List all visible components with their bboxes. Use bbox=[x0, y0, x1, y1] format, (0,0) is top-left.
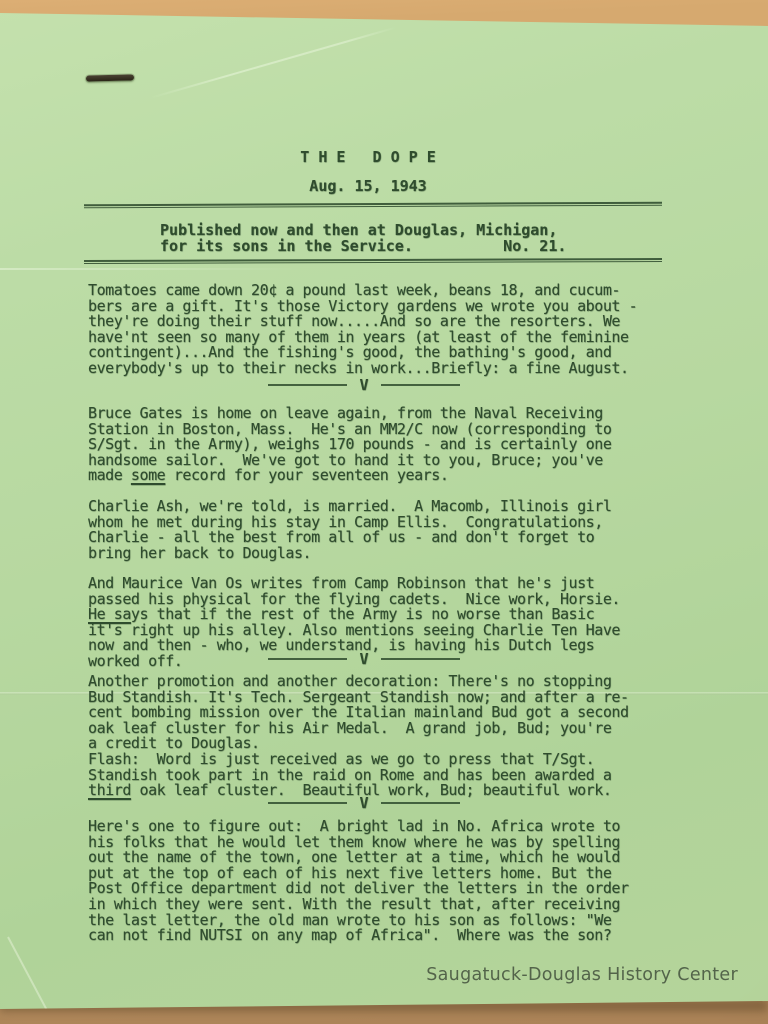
section-divider: V bbox=[268, 795, 460, 811]
divider-line-right bbox=[381, 384, 460, 386]
publisher-line: Published now and then at Douglas, Michi… bbox=[160, 223, 640, 255]
divider-line-left bbox=[268, 802, 347, 804]
divider-v-letter: V bbox=[347, 651, 380, 667]
staple bbox=[86, 74, 134, 81]
archive-watermark: Saugatuck-Douglas History Center bbox=[426, 965, 738, 985]
underlined-word: third bbox=[88, 781, 131, 799]
paragraph-bruce-gates: Bruce Gates is home on leave again, from… bbox=[88, 406, 672, 484]
paragraph-nutsi-riddle: Here's one to figure out: A bright lad i… bbox=[88, 819, 672, 944]
section-divider: V bbox=[268, 377, 460, 393]
fold-crease-corner bbox=[7, 937, 48, 1012]
divider-line-right bbox=[381, 802, 460, 804]
divider-v-letter: V bbox=[347, 795, 380, 811]
paragraph-text: And Maurice Van Os writes from Camp Robi… bbox=[88, 574, 620, 608]
newsletter-title: T H E D O P E bbox=[88, 148, 648, 166]
underlined-word: some bbox=[131, 466, 165, 484]
newsletter-page: T H E D O P E Aug. 15, 1943 Published no… bbox=[0, 0, 768, 1024]
paragraph-text: Another promotion and another decoration… bbox=[88, 672, 629, 784]
paragraph-august-news: Tomatoes came down 20¢ a pound last week… bbox=[88, 283, 672, 377]
paragraph-text: record for your seventeen years. bbox=[165, 466, 448, 484]
newsletter-date: Aug. 15, 1943 bbox=[88, 177, 648, 195]
fold-crease-diagonal bbox=[150, 26, 397, 98]
horizontal-rule-bottom bbox=[84, 258, 662, 264]
paragraph-bud-standish: Another promotion and another decoration… bbox=[88, 674, 672, 799]
divider-line-right bbox=[381, 658, 460, 660]
horizontal-rule-top bbox=[84, 202, 662, 209]
photo-of-newsletter: { "colors": { "paper_green": "#b7d8a0", … bbox=[0, 0, 768, 1024]
divider-v-letter: V bbox=[347, 377, 380, 393]
divider-line-left bbox=[268, 658, 347, 660]
paragraph-charlie-ash: Charlie Ash, we're told, is married. A M… bbox=[88, 499, 672, 561]
divider-line-left bbox=[268, 384, 347, 386]
fold-crease-upper bbox=[0, 268, 300, 270]
section-divider: V bbox=[268, 651, 460, 667]
